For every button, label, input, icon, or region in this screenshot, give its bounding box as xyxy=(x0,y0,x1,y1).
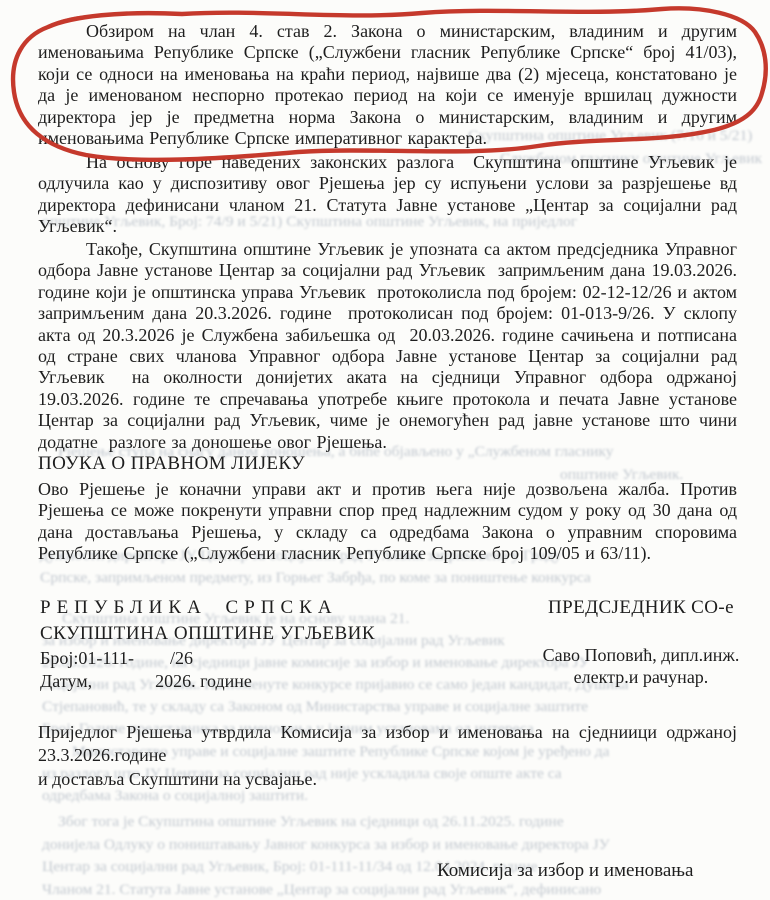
scanned-document-page: Скупштина општине Угљевик (7/16 и 5/21) … xyxy=(0,0,770,900)
paragraph-legal-remedy: Ово Рјешење је коначни управи акт и прот… xyxy=(38,479,737,565)
bleedthrough-text: Чланом 21. Статута Јавне установе „Цента… xyxy=(42,881,601,898)
bleedthrough-text: Због тога је Скупштина општине Угљевик н… xyxy=(58,813,564,830)
issuer-block: РЕПУБЛИКА СРПСКА СКУПШТИНА ОПШТИНЕ УГЉЕВ… xyxy=(40,597,440,692)
bleedthrough-text: Стјепановић, те у складу са Законом од М… xyxy=(42,698,588,715)
paragraph-legal-basis: Обзиром на члан 4. став 2. Закона о мини… xyxy=(38,21,737,149)
document-date: Датум, 2026. године xyxy=(40,671,440,692)
president-name: Саво Поповић, дипл.инж. xyxy=(520,645,762,666)
bleedthrough-text: донијела Одлуку о поништавању Јавног кон… xyxy=(42,836,610,853)
paragraph-decision-grounds: На основу горе наведених законских разло… xyxy=(38,152,737,238)
legal-remedy-heading: ПОУКА О ПРАВНОМ ЛИЈЕКУ xyxy=(38,453,737,475)
republic-name: РЕПУБЛИКА СРПСКА xyxy=(40,597,440,619)
assembly-name: СКУПШТИНА ОПШТИНЕ УГЉЕВИК xyxy=(40,623,440,645)
document-number: Број:01-111- /26 xyxy=(40,648,440,669)
proposal-line-1: Приједлог Рјешења утврдила Комисија за и… xyxy=(38,722,737,743)
president-title: ПРЕДСЈЕДНИК СО-е xyxy=(520,597,762,619)
paragraph-board-acts: Такође, Скупштина општине Угљевик је упо… xyxy=(38,239,737,453)
proposal-line-3: и доставља Скупштини на усвајање. xyxy=(38,769,737,790)
president-degree: електр.и рачунар. xyxy=(520,667,762,688)
commission-signature: Комисија за избор и именовања xyxy=(437,860,693,882)
bleedthrough-text: Српске, запримљеном предмету, из Горњег … xyxy=(40,569,591,586)
proposal-line-2: 23.3.2026.године xyxy=(38,745,737,766)
president-signature-block: ПРЕДСЈЕДНИК СО-е Саво Поповић, дипл.инж.… xyxy=(520,597,762,688)
